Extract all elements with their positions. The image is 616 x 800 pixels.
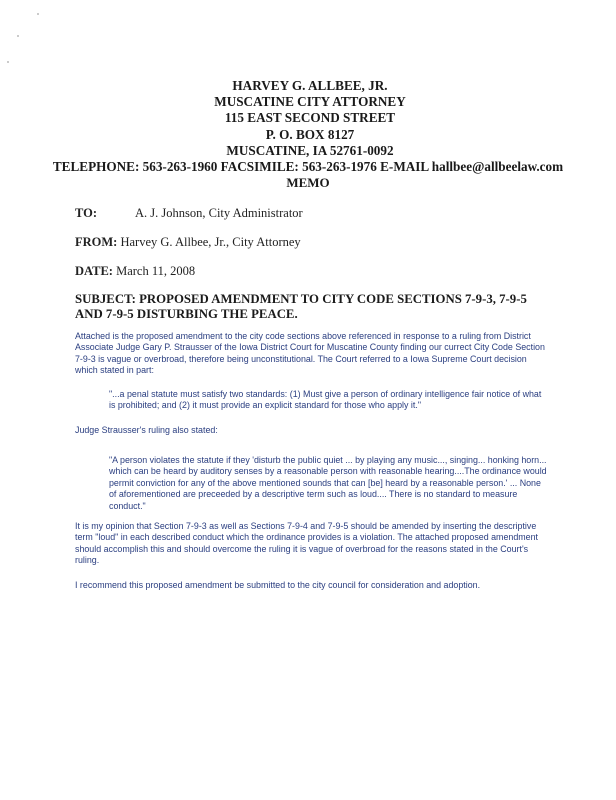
scan-speck (7, 61, 9, 63)
date-field: DATE: March 11, 2008 (75, 264, 195, 279)
scan-speck (17, 35, 19, 37)
to-value: A. J. Johnson, City Administrator (135, 206, 303, 220)
letterhead: HARVEY G. ALLBEE, JR. MUSCATINE CITY ATT… (40, 78, 580, 175)
quote-judge-ruling: "A person violates the statute if they '… (109, 455, 549, 512)
memo-heading: MEMO (0, 175, 616, 191)
po-box: P. O. BOX 8127 (40, 127, 580, 143)
date-label: DATE: (75, 264, 113, 278)
contact-line: TELEPHONE: 563-263-1960 FACSIMILE: 563-2… (36, 159, 580, 175)
attorney-name: HARVEY G. ALLBEE, JR. (40, 78, 580, 94)
street-address: 115 EAST SECOND STREET (40, 110, 580, 126)
subject-line: SUBJECT: PROPOSED AMENDMENT TO CITY CODE… (75, 292, 555, 322)
from-field: FROM: Harvey G. Allbee, Jr., City Attorn… (75, 235, 301, 250)
paragraph-ruling-intro: Judge Strausser's ruling also stated: (75, 425, 545, 436)
paragraph-intro: Attached is the proposed amendment to th… (75, 331, 545, 377)
paragraph-opinion: It is my opinion that Section 7-9-3 as w… (75, 521, 545, 567)
attorney-title: MUSCATINE CITY ATTORNEY (40, 94, 580, 110)
from-value: Harvey G. Allbee, Jr., City Attorney (120, 235, 300, 249)
city-state-zip: MUSCATINE, IA 52761-0092 (40, 143, 580, 159)
scan-speck (37, 13, 39, 15)
quote-supreme-court: "...a penal statute must satisfy two sta… (109, 389, 549, 412)
to-field: TO:A. J. Johnson, City Administrator (75, 206, 303, 221)
memo-page: HARVEY G. ALLBEE, JR. MUSCATINE CITY ATT… (0, 0, 616, 800)
date-value: March 11, 2008 (116, 264, 195, 278)
paragraph-recommendation: I recommend this proposed amendment be s… (75, 580, 545, 591)
from-label: FROM: (75, 235, 117, 249)
to-label: TO: (75, 206, 97, 220)
